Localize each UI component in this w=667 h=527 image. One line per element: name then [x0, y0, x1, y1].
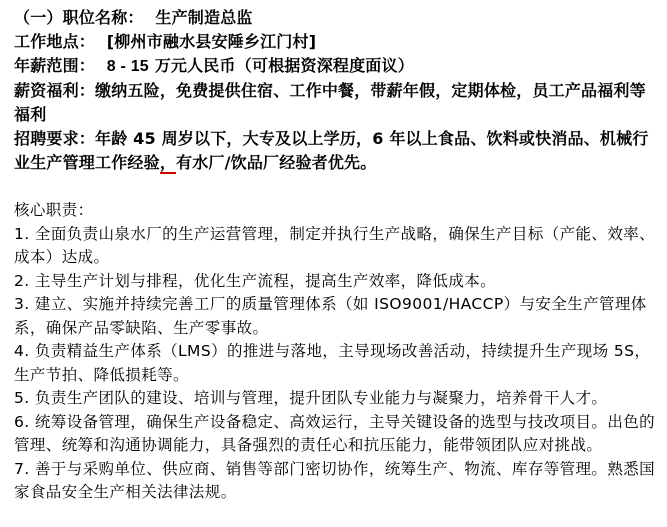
position-label: （一）职位名称： [14, 8, 144, 27]
requirements-label: 招聘要求： [14, 129, 95, 148]
duty-item: 5. 负责生产团队的建设、培训与管理，提升团队专业能力与凝聚力，培养骨干人才。 [14, 387, 662, 411]
blank-line [14, 175, 662, 199]
requirements-line: 招聘要求：年龄 45 周岁以下，大专及以上学历，6 年以上食品、饮料或快消品、机… [14, 127, 662, 175]
duty-item: 4. 负责精益生产体系（LMS）的推进与落地，主导现场改善活动，持续提升生产现场… [14, 340, 662, 387]
duty-item: 2. 主导生产计划与排程，优化生产流程，提高生产效率，降低成本。 [14, 270, 662, 294]
location-value: [柳州市融水县安陲乡江门村] [107, 32, 316, 51]
benefits-value: 缴纳五险，免费提供住宿、工作中餐，带薪年假，定期体检，员工产品福利等福利 [14, 81, 646, 124]
benefits-label: 薪资福利： [14, 81, 95, 100]
position-value: 生产制造总监 [155, 8, 252, 27]
salary-label: 年薪范围： [14, 56, 95, 75]
duty-item: 1. 全面负责山泉水厂的生产运营管理，制定并执行生产战略，确保生产目标（产能、效… [14, 223, 662, 270]
job-posting-document: （一）职位名称： 生产制造总监 工作地点： [柳州市融水县安陲乡江门村] 年薪范… [14, 6, 662, 505]
duty-item: 3. 建立、实施并持续完善工厂的质量管理体系（如 ISO9001/HACCP）与… [14, 293, 662, 340]
duty-item: 7. 善于与采购单位、供应商、销售等部门密切协作，统筹生产、物流、库存等管理。熟… [14, 458, 662, 505]
spellcheck-flag[interactable]: ， [160, 153, 176, 174]
salary-suffix: 万元人民币（可根据资深程度面议） [155, 56, 414, 75]
salary-range: 8 - 15 [107, 58, 149, 75]
requirements-preference: 有水厂/饮品厂经验者优先。 [176, 153, 376, 172]
salary-line: 年薪范围： 8 - 15 万元人民币（可根据资深程度面议） [14, 54, 662, 79]
duty-item: 6. 统筹设备管理，确保生产设备稳定、高效运行，主导关键设备的选型与技改项目。出… [14, 411, 662, 458]
duties-title: 核心职责： [14, 199, 662, 223]
location-label: 工作地点： [14, 32, 95, 51]
benefits-line: 薪资福利：缴纳五险，免费提供住宿、工作中餐，带薪年假，定期体检，员工产品福利等福… [14, 79, 662, 127]
location-line: 工作地点： [柳州市融水县安陲乡江门村] [14, 30, 662, 54]
position-line: （一）职位名称： 生产制造总监 [14, 6, 662, 30]
